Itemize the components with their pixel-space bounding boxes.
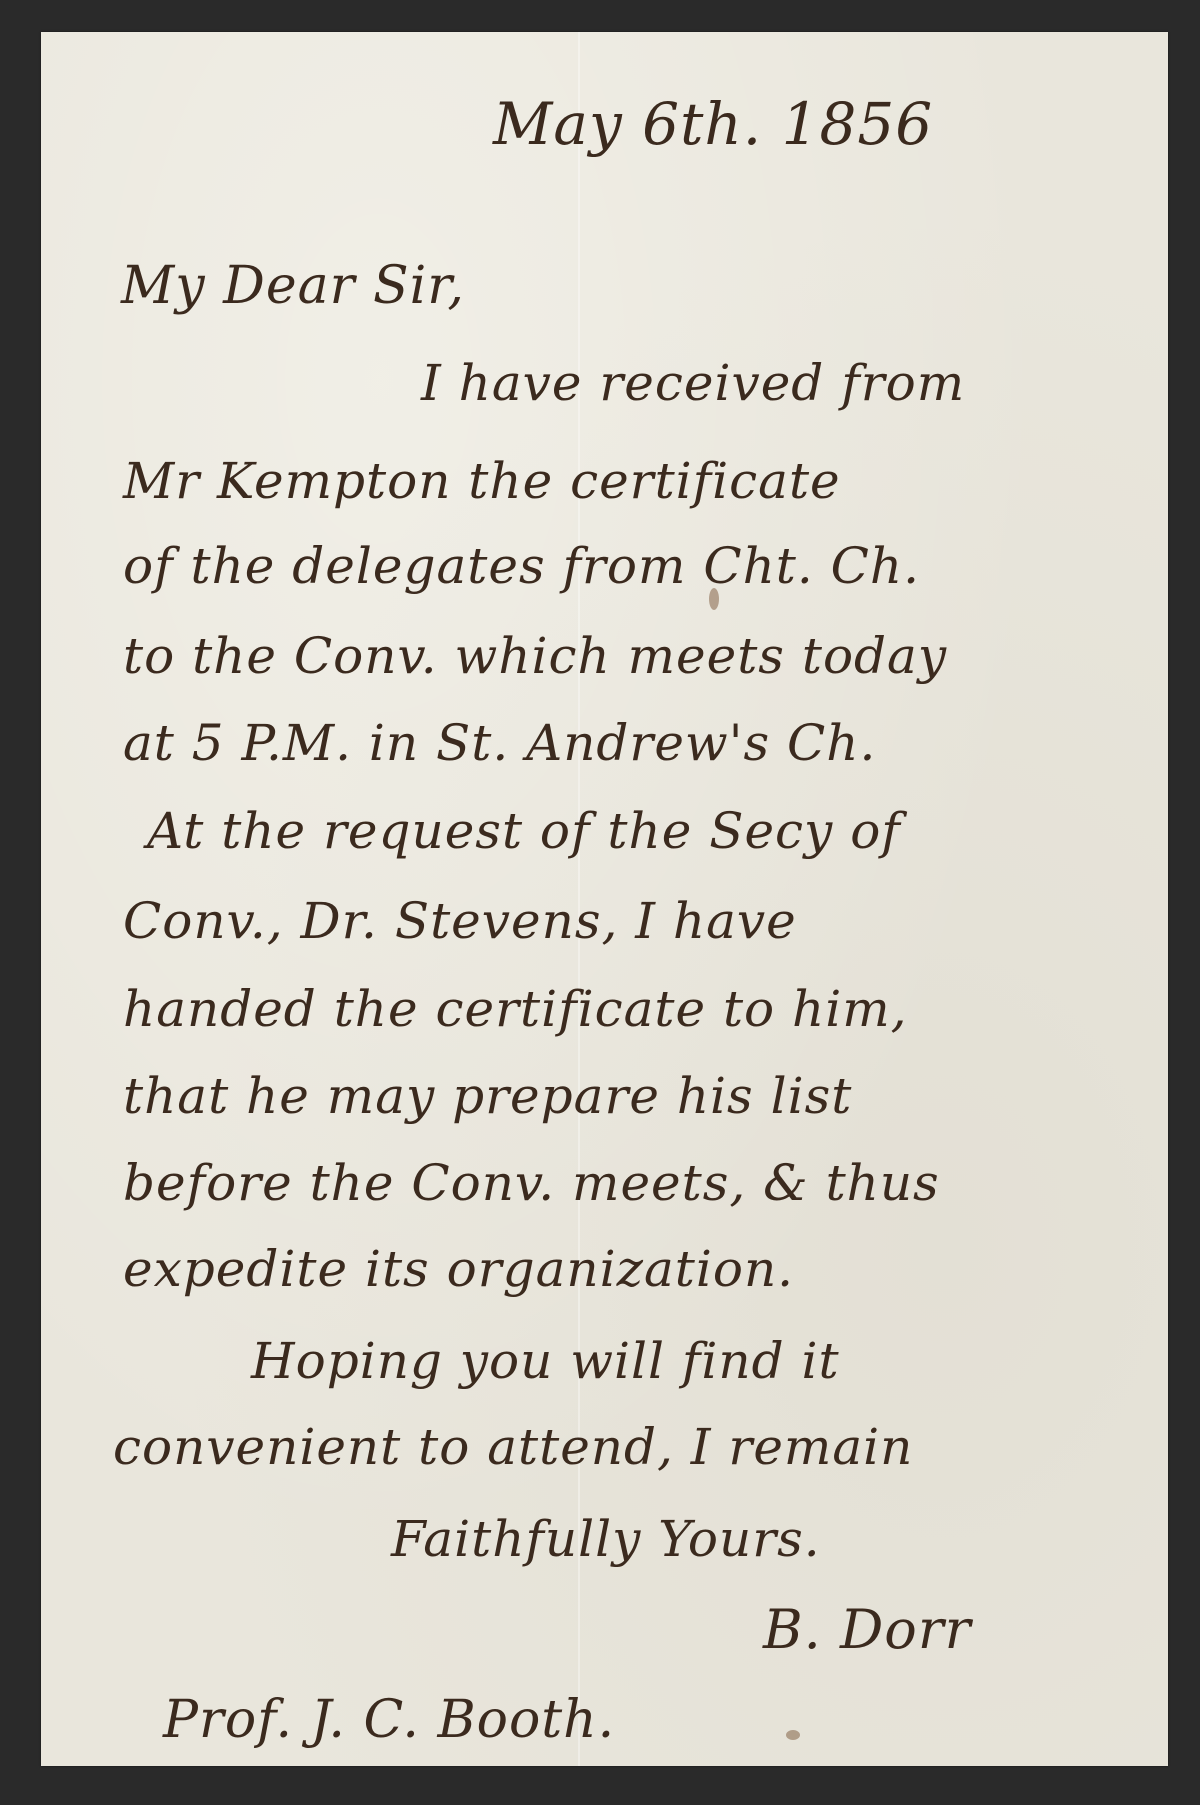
body-line: At the request of the Secy of	[147, 802, 901, 860]
body-line: of the delegates from Cht. Ch.	[123, 537, 920, 595]
body-line: at 5 P.M. in St. Andrew's Ch.	[123, 714, 876, 772]
body-line: Hoping you will find it	[251, 1332, 840, 1390]
body-line: expedite its organization.	[123, 1240, 794, 1298]
body-line: I have received from	[421, 354, 965, 412]
body-line: Mr Kempton the certificate	[123, 452, 841, 510]
letter-page: May 6th. 1856 My Dear Sir, I have receiv…	[41, 32, 1168, 1766]
body-line: before the Conv. meets, & thus	[123, 1154, 940, 1212]
letter-closing: Faithfully Yours.	[391, 1510, 821, 1568]
body-line: Conv., Dr. Stevens, I have	[123, 892, 797, 950]
letter-salutation: My Dear Sir,	[121, 256, 465, 316]
ink-stain	[709, 588, 719, 610]
letter-addressee: Prof. J. C. Booth.	[163, 1690, 615, 1750]
letter-date: May 6th. 1856	[493, 90, 933, 158]
letter-signature: B. Dorr	[763, 1598, 971, 1661]
ink-stain	[786, 1730, 800, 1740]
body-line: that he may prepare his list	[123, 1067, 852, 1125]
body-line: handed the certificate to him,	[123, 980, 908, 1038]
body-line: convenient to attend, I remain	[113, 1418, 913, 1476]
body-line: to the Conv. which meets today	[123, 627, 947, 685]
